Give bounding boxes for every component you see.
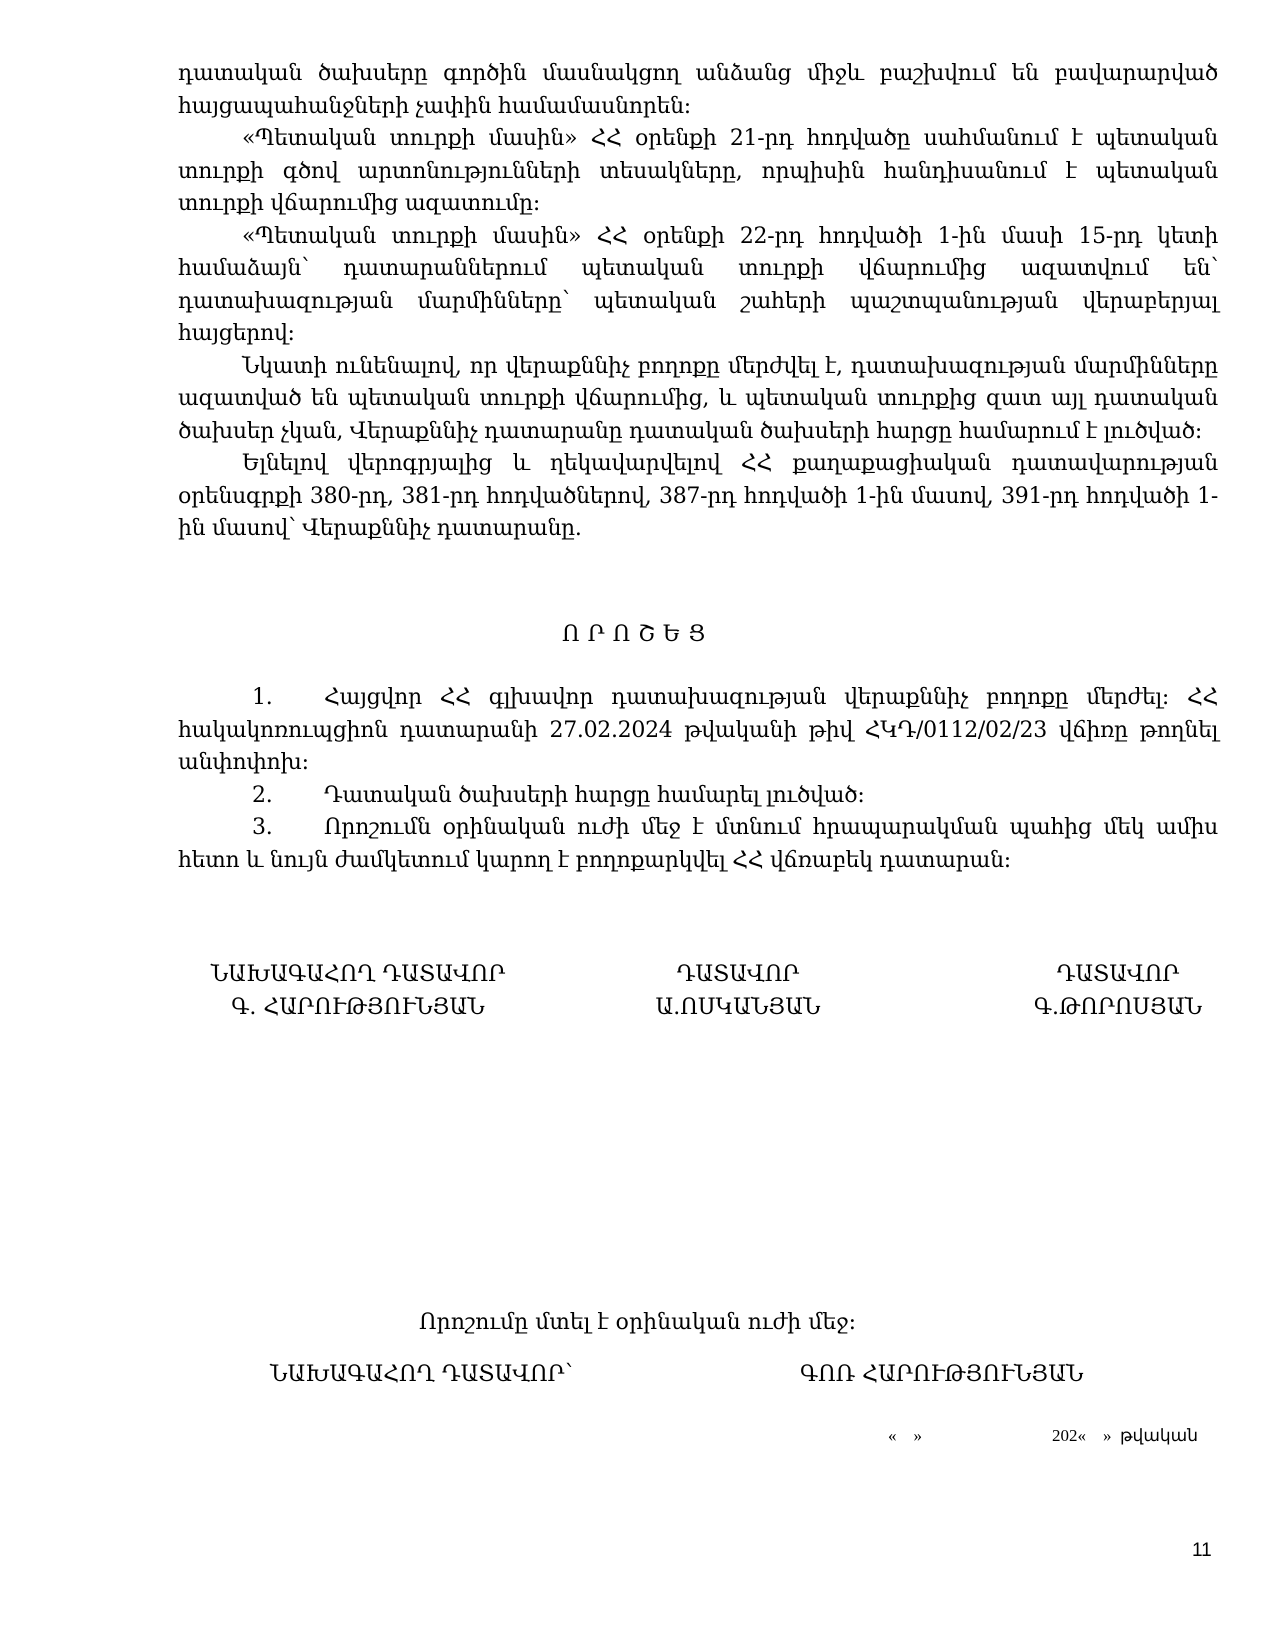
body-paragraph: դատական ծախսերը գործին մասնակցող անձանց … [178, 58, 1218, 123]
signature-role: ԴԱՏԱՎՈՐ [598, 958, 878, 991]
decision-item-number: 1. [252, 682, 324, 715]
decision-list: 1.Հայցվոր ՀՀ գլխավոր դատախազության վերաք… [178, 682, 1218, 877]
body-paragraph: «Պետական տուրքի մասին» ՀՀ օրենքի 21-րդ հ… [178, 123, 1218, 221]
signature-role: ԴԱՏԱՎՈՐ [1018, 958, 1218, 991]
signature-role: ՆԱԽԱԳԱՀՈՂ ԴԱՏԱՎՈՐ [198, 958, 518, 991]
signature-judge: ԴԱՏԱՎՈՐ Գ.ԹՈՐՈՍՅԱՆ [1018, 958, 1218, 1024]
document-page: դատական ծախսերը գործին մասնակցող անձանց … [0, 0, 1275, 1650]
signature-presiding-judge: ՆԱԽԱԳԱՀՈՂ ԴԱՏԱՎՈՐ Գ. ՀԱՐՈՒԹՅՈՒՆՅԱՆ [198, 958, 518, 1024]
date-year-placeholder: 202« » թվական [1052, 1426, 1198, 1446]
signature-name: Գ.ԹՈՐՈՍՅԱՆ [1018, 991, 1218, 1024]
body-paragraph: Ելնելով վերոգրյալից և ղեկավարվելով ՀՀ քա… [178, 448, 1218, 546]
entered-into-force-note: Որոշումը մտել է օրինական ուժի մեջ: [0, 1310, 1275, 1335]
body-paragraph: «Պետական տուրքի մասին» ՀՀ օրենքի 22-րդ հ… [178, 221, 1218, 351]
decision-item-text: Դատական ծախսերի հարցը համարել լուծված: [324, 783, 865, 808]
decision-item: 2.Դատական ծախսերի հարցը համարել լուծված: [178, 780, 1218, 813]
presiding-role: ՆԱԽԱԳԱՀՈՂ ԴԱՏԱՎՈՐ՝ [270, 1362, 573, 1387]
decision-item: 3.Որոշումն օրինական ուժի մեջ է մտնում հր… [178, 812, 1218, 877]
date-day-placeholder: « » [888, 1426, 922, 1446]
body-paragraph: Նկատի ունենալով, որ վերաքննիչ բողոքը մեր… [178, 351, 1218, 449]
decision-item-number: 3. [252, 812, 324, 845]
body-text: դատական ծախսերը գործին մասնակցող անձանց … [178, 58, 1218, 546]
signature-judge: ԴԱՏԱՎՈՐ Ա.ՈՍԿԱՆՅԱՆ [598, 958, 878, 1024]
decision-item: 1.Հայցվոր ՀՀ գլխավոր դատախազության վերաք… [178, 682, 1218, 780]
decision-item-text: Հայցվոր ՀՀ գլխավոր դատախազության վերաքնն… [178, 685, 1218, 775]
presiding-name: ԳՈՌ ՀԱՐՈՒԹՅՈՒՆՅԱՆ [800, 1362, 1084, 1387]
decision-item-number: 2. [252, 780, 324, 813]
page-number: 11 [1192, 1540, 1212, 1562]
decision-item-text: Որոշումն օրինական ուժի մեջ է մտնում հրապ… [178, 815, 1218, 873]
signature-name: Ա.ՈՍԿԱՆՅԱՆ [598, 991, 878, 1024]
decision-heading: ՈՐՈՇԵՑ [0, 622, 1275, 647]
signature-name: Գ. ՀԱՐՈՒԹՅՈՒՆՅԱՆ [198, 991, 518, 1024]
